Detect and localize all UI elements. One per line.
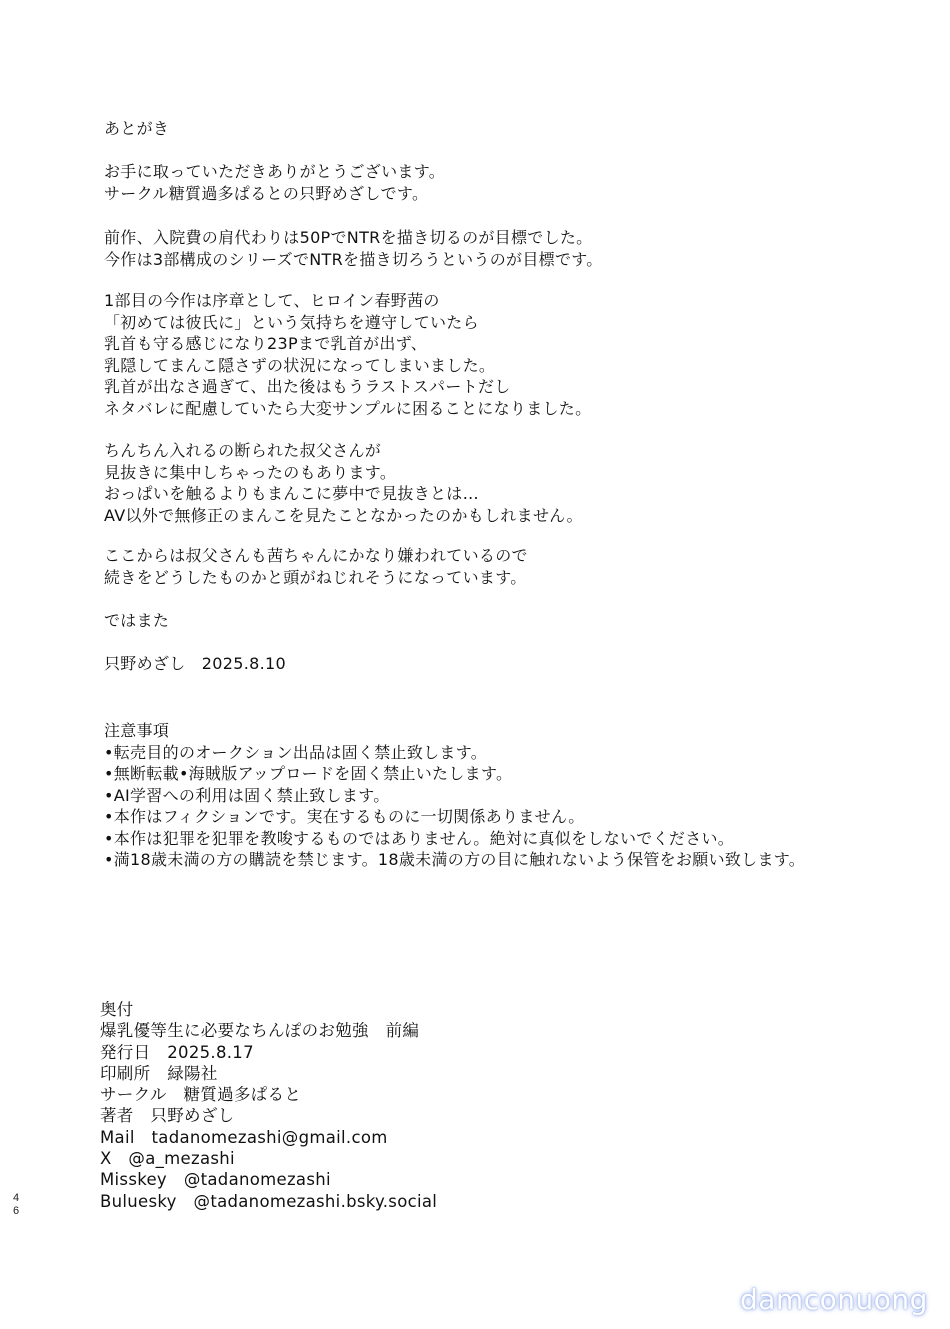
x-handle: @a_mezashi [128, 1149, 235, 1168]
afterword-heading: あとがき [104, 118, 169, 140]
afterword-closing: ではまた [104, 610, 169, 632]
row-label: サークル [100, 1085, 167, 1104]
watermark: damconuong [740, 1283, 928, 1316]
text-line: 乳隠してまんこ隠さずの状況になってしまいました。 [104, 355, 591, 377]
afterword-paragraph-3: 1部目の今作は序章として、ヒロイン春野茜の 「初めては彼氏に」という気持ちを遵守… [104, 290, 591, 419]
notice-item: •AI学習への利用は固く禁止致します。 [104, 785, 805, 807]
notices-section: 注意事項 •転売目的のオークション出品は固く禁止致します。 •無断転載•海賊版ア… [104, 720, 805, 871]
colophon-heading: 奥付 [100, 999, 437, 1020]
row-label: Mail [100, 1128, 135, 1147]
colophon-title: 爆乳優等生に必要なちんぽのお勉強 前編 [100, 1020, 437, 1041]
row-label: 印刷所 [100, 1064, 150, 1083]
text-line: ではまた [104, 610, 169, 632]
mail-address: tadanomezashi@gmail.com [152, 1128, 388, 1147]
afterword-paragraph-1: お手に取っていただきありがとうございます。 サークル糖質過多ぱるとの只野めざしで… [104, 161, 445, 204]
row-label: 著者 [100, 1106, 134, 1125]
text-line: 乳首が出なさ過ぎて、出た後はもうラストスパートだし [104, 376, 591, 398]
text-line: 見抜きに集中しちゃったのもあります。 [104, 462, 583, 484]
bluesky-handle: @tadanomezashi.bsky.social [194, 1192, 438, 1211]
afterword-signature: 只野めざし 2025.8.10 [104, 653, 286, 675]
text-line: ちんちん入れるの断られた叔父さんが [104, 440, 583, 462]
row-label: X [100, 1149, 112, 1168]
text-line: ここからは叔父さんも茜ちゃんにかなり嫌われているので [104, 545, 528, 567]
afterword-paragraph-2: 前作、入院費の肩代わりは50PでNTRを描き切るのが目標でした。 今作は3部構成… [104, 227, 603, 270]
row-value: 只野めざし [150, 1106, 234, 1125]
notice-item: •満18歳未満の方の購読を禁じます。18歳未満の方の目に触れないよう保管をお願い… [104, 849, 805, 871]
text-line: 前作、入院費の肩代わりは50PでNTRを描き切るのが目標でした。 [104, 227, 603, 249]
colophon-row-printer: 印刷所 緑陽社 [100, 1063, 437, 1084]
row-value: 緑陽社 [167, 1064, 217, 1083]
colophon-row-misskey: Misskey @tadanomezashi [100, 1169, 437, 1190]
notices-heading: 注意事項 [104, 720, 805, 742]
row-value: 糖質過多ぱると [184, 1085, 302, 1104]
row-value: 2025.8.17 [167, 1043, 254, 1062]
page-number: 4 6 [11, 1192, 21, 1218]
colophon-row-issue-date: 発行日 2025.8.17 [100, 1042, 437, 1063]
row-label: 発行日 [100, 1043, 150, 1062]
page-number-digit: 6 [11, 1205, 21, 1218]
notice-item: •本作はフィクションです。実在するものに一切関係ありません。 [104, 806, 805, 828]
text-line: お手に取っていただきありがとうございます。 [104, 161, 445, 183]
text-line: 「初めては彼氏に」という気持ちを遵守していたら [104, 312, 591, 334]
text-line: 乳首も守る感じになり23Pまで乳首が出ず、 [104, 333, 591, 355]
colophon-row-author: 著者 只野めざし [100, 1105, 437, 1126]
colophon-section: 奥付 爆乳優等生に必要なちんぽのお勉強 前編 発行日 2025.8.17 印刷所… [100, 999, 437, 1212]
misskey-handle: @tadanomezashi [184, 1170, 331, 1189]
colophon-row-bluesky: Buluesky @tadanomezashi.bsky.social [100, 1191, 437, 1212]
notice-item: •無断転載•海賊版アップロードを固く禁止いたします。 [104, 763, 805, 785]
row-label: Buluesky [100, 1192, 177, 1211]
page-number-digit: 4 [11, 1192, 21, 1205]
notice-item: •転売目的のオークション出品は固く禁止致します。 [104, 742, 805, 764]
notice-item: •本作は犯罪を犯罪を教唆するものではありません。絶対に真似をしないでください。 [104, 828, 805, 850]
text-line: 続きをどうしたものかと頭がねじれそうになっています。 [104, 567, 528, 589]
row-label: Misskey [100, 1170, 167, 1189]
colophon-row-circle: サークル 糖質過多ぱると [100, 1084, 437, 1105]
text-line: ネタバレに配慮していたら大変サンプルに困ることになりました。 [104, 398, 591, 420]
afterword-paragraph-4: ちんちん入れるの断られた叔父さんが 見抜きに集中しちゃったのもあります。 おっぱ… [104, 440, 583, 526]
text-line: サークル糖質過多ぱるとの只野めざしです。 [104, 183, 445, 205]
afterword-paragraph-5: ここからは叔父さんも茜ちゃんにかなり嫌われているので 続きをどうしたものかと頭が… [104, 545, 528, 588]
text-line: おっぱいを触るよりもまんこに夢中で見抜きとは… [104, 483, 583, 505]
text-line: AV以外で無修正のまんこを見たことなかったのかもしれません。 [104, 505, 583, 527]
colophon-row-x: X @a_mezashi [100, 1148, 437, 1169]
text-line: 今作は3部構成のシリーズでNTRを描き切ろうというのが目標です。 [104, 249, 603, 271]
afterword-section: あとがき [104, 118, 169, 140]
text-line: 1部目の今作は序章として、ヒロイン春野茜の [104, 290, 591, 312]
signature-line: 只野めざし 2025.8.10 [104, 653, 286, 675]
colophon-row-mail: Mail tadanomezashi@gmail.com [100, 1127, 437, 1148]
